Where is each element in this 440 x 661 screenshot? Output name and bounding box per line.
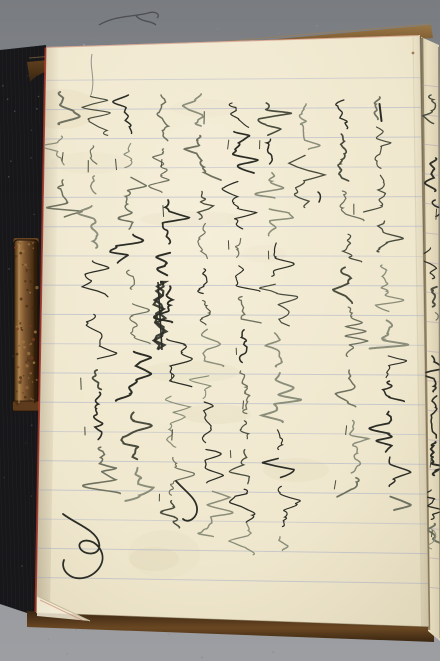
- scene-canvas: [0, 0, 440, 661]
- notebook-photograph: [0, 0, 440, 661]
- leather-strap: [13, 238, 40, 411]
- page: [26, 35, 430, 627]
- paper-speck: [412, 52, 415, 55]
